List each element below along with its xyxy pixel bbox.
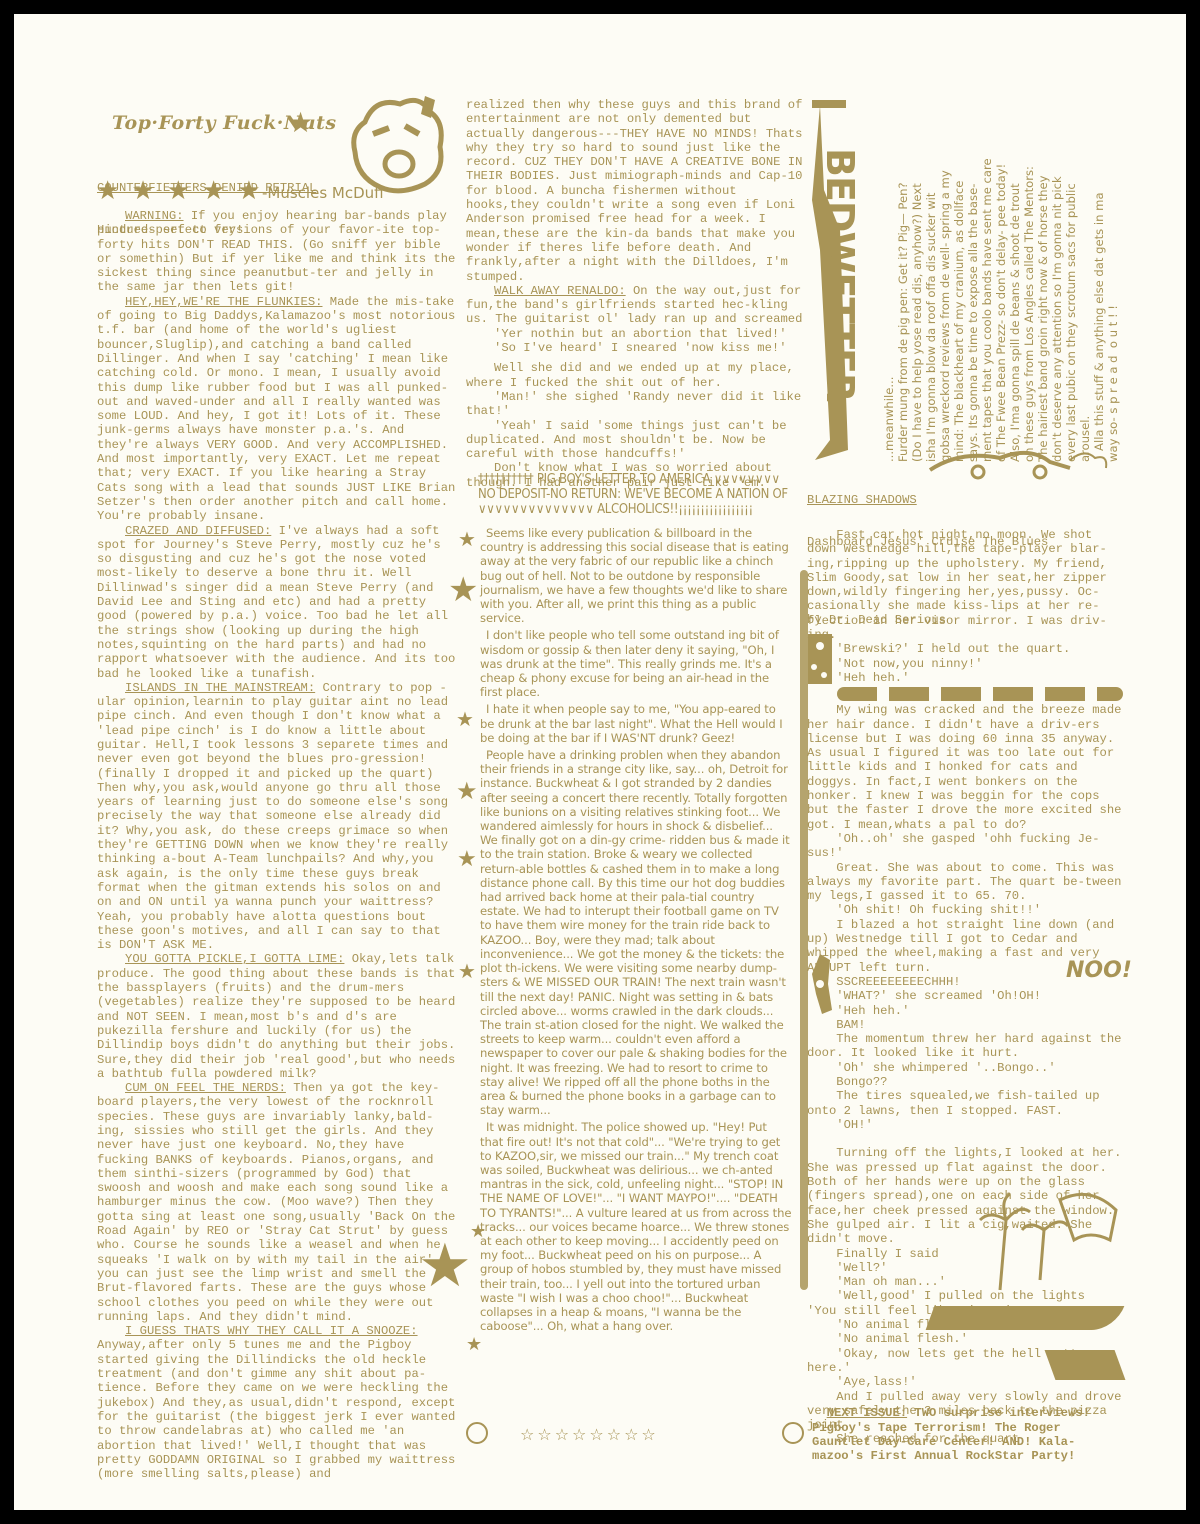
story-line: 'Oh shit! Oh fucking shit!!' <box>807 903 1123 917</box>
story-line: 'No animal flesh.' <box>807 1332 1123 1346</box>
section-heading: YOU GOTTA PICKLE,I GOTTA LIME: <box>125 952 344 966</box>
middle-article-continued: realized then why these guys and this br… <box>466 98 811 490</box>
section-heading: WALK AWAY RENALDO: <box>494 284 626 298</box>
trophy-doodle-icon <box>812 954 834 1014</box>
article-section: YOU GOTTA PICKLE,I GOTTA LIME: Okay,lets… <box>97 952 459 1081</box>
star-icon: ★ <box>466 1335 482 1353</box>
smiley-icon <box>782 1422 804 1444</box>
brush-stroke-decoration <box>1045 1350 1126 1380</box>
story-line: 'OH!' <box>807 1118 1123 1132</box>
story-title: BLAZING SHADOWS <box>807 493 1117 507</box>
section-body: I've always had a soft spot for Journey'… <box>97 524 463 681</box>
section-body: Anyway,after only 5 tunes me and the Pig… <box>97 1324 463 1481</box>
section-body: Okay,lets talk produce. The good thing a… <box>97 952 463 1080</box>
domino-icon <box>808 634 832 684</box>
story-line: 'Heh heh.' <box>807 671 1123 685</box>
article-section: CRAZED AND DIFFUSED: I've always had a s… <box>97 524 459 681</box>
next-issue-label: NEXT ISSUE: <box>827 1406 907 1420</box>
story-line: 'Oh..oh' she gasped 'ohh fucking Je-sus!… <box>807 832 1123 861</box>
star-icon: ★ <box>288 110 313 138</box>
story-line: 'Brewski?' I held out the quart. <box>807 642 1123 656</box>
star-icon: ★ <box>448 574 478 608</box>
section-heading: ISLANDS IN THE MAINSTREAM: <box>125 681 315 695</box>
story-line: Fast car,hot night,no moon. We shot down… <box>807 528 1123 642</box>
star-icon: ★ <box>458 530 476 550</box>
story-line: 'Not now,you ninny!' <box>807 657 1123 671</box>
story-line: Bongo?? <box>807 1075 1123 1089</box>
letter-paragraph: It was midnight. The police showed up. "… <box>480 1120 792 1333</box>
article-section: CUM ON FEEL THE NERDS: Then ya got the k… <box>97 1081 459 1324</box>
article-section: ISLANDS IN THE MAINSTREAM: Contrary to p… <box>97 681 459 953</box>
letter-paragraph: People have a drinking problen when they… <box>480 748 792 1117</box>
section-body: Then ya got the key-board players,the ve… <box>97 1081 463 1324</box>
section-heading: WARNING: <box>125 209 184 223</box>
article-section: WARNING: If you enjoy hearing bar-bands … <box>97 209 459 295</box>
story-line <box>807 1132 1123 1146</box>
story-line: My wing was cracked and the breeze made … <box>807 703 1123 832</box>
meanwhile-vertical-text: ...meanwhile... Furder mung from de pig … <box>882 100 1117 462</box>
star-icon: ★ <box>470 1222 486 1240</box>
noo-exclamation: NOO! <box>1066 958 1132 983</box>
left-article-body: WARNING: If you enjoy hearing bar-bands … <box>97 209 459 1481</box>
section-heading: CUM ON FEEL THE NERDS: <box>125 1081 286 1095</box>
dialogue-line: 'So I've heard' I sneared 'now kiss me!' <box>466 341 811 355</box>
article-continued-text: realized then why these guys and this br… <box>466 98 811 284</box>
section-body: Contrary to pop -ular opinion,learnin to… <box>97 681 455 952</box>
pig-boy-letter-header: †††††††††† PIG BOY'S LETTER TO AMERICA ∨… <box>478 472 803 517</box>
letter-paragraph: I hate it when people say to me, "You ap… <box>480 702 792 745</box>
story-line: 'WHAT?' she screamed 'Oh!OH! <box>807 989 1123 1003</box>
star-icon: ★ <box>458 962 476 982</box>
section-body: Made the mis-take of going to Big Daddys… <box>97 295 463 523</box>
letter-paragraph: I don't like people who tell some outsta… <box>480 628 792 699</box>
dancing-figures-decoration: ☆☆☆☆☆☆☆☆ <box>520 1425 659 1444</box>
story-line: 'Heh heh.' <box>807 1004 1123 1018</box>
story-paragraph: Well she did and we ended up at my place… <box>466 361 811 390</box>
palm-tree-doodle-icon <box>970 1180 1120 1300</box>
story-line: BAM! <box>807 1018 1123 1032</box>
pig-boy-letter-body: Seems like every publication & billboard… <box>480 526 792 1336</box>
byline: -Muscles McDuff <box>262 184 384 202</box>
story-line: The tires squealed,we fish-tailed up ont… <box>807 1089 1123 1118</box>
star-icon: ★ <box>456 710 474 730</box>
story-line: Great. She was about to come. This was a… <box>807 861 1123 904</box>
star-icon: ★ <box>456 780 478 804</box>
section-heading: HEY,HEY,WE'RE THE FLUNKIES: <box>125 295 322 309</box>
brush-stroke-decoration <box>926 1306 1125 1330</box>
section-heading: I GUESS THATS WHY THEY CALL IT A SNOOZE: <box>125 1324 418 1338</box>
story-paragraph: 'Man!' she sighed 'Randy never did it li… <box>466 390 811 419</box>
smiley-icon <box>466 1422 488 1444</box>
rating-stars: ★ ★ ★ ★ ★ <box>96 178 261 204</box>
article-section: HEY,HEY,WE'RE THE FLUNKIES: Made the mis… <box>97 295 459 524</box>
section-heading: CRAZED AND DIFFUSED: <box>125 524 271 538</box>
story-paragraph: 'Yeah' I said 'some things just can't be… <box>466 419 811 462</box>
wavy-divider <box>837 687 1123 701</box>
star-icon: ★ <box>457 848 477 870</box>
article-section: I GUESS THATS WHY THEY CALL IT A SNOOZE:… <box>97 1324 459 1481</box>
article-section: WALK AWAY RENALDO: On the way out,just f… <box>466 284 811 327</box>
story-line: The momentum threw her hard against the … <box>807 1032 1123 1061</box>
letter-paragraph: Seems like every publication & billboard… <box>480 526 792 625</box>
story-line: 'Oh' she whimpered '..Bongo..' <box>807 1061 1123 1075</box>
star-icon: ★ <box>418 1236 472 1296</box>
dialogue-line: 'Yer nothin but an abortion that lived!' <box>466 327 811 341</box>
